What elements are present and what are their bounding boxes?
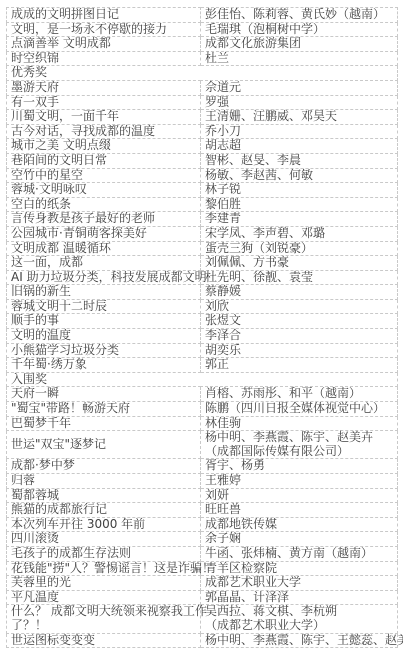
table-row: "蜀宝"带路！畅游天府 陈鹏（四川日报全媒体视觉中心）	[7, 402, 398, 417]
table-row: 归蓉 王雅婷	[7, 474, 398, 489]
work-title-cell: 世运"双宝"逐梦记	[7, 431, 201, 459]
table-row: 点滴善举 文明成都 成都文化旅游集团	[7, 37, 398, 52]
table-row: 文明的温度 李泽合	[7, 329, 398, 344]
author-cell: 旺旺兽	[201, 503, 398, 518]
work-title-cell: 这一面，成都	[7, 256, 201, 271]
table-row: 平凡温度 郭晶晶、计泽泽	[7, 590, 398, 605]
work-title-cell: "蜀宝"带路！畅游天府	[7, 402, 201, 417]
table-row: 成都·梦中梦 胥宇、杨勇	[7, 459, 398, 474]
author-cell: 青羊区检察院	[201, 561, 398, 576]
author-cell: 彭佳怡、陈莉蓉、黄氏妙（越南）	[201, 8, 398, 23]
author-cell: 刘欣	[201, 299, 398, 314]
work-title-cell: 千年蜀·绣万象	[7, 358, 201, 373]
work-title-cell: 世运图标变变变	[7, 633, 201, 648]
award-tier-cell: 入围奖	[7, 372, 398, 387]
author-cell: 杨中明、李燕霞、陈宇、赵美卉 （成都国际传媒有限公司）	[201, 431, 398, 459]
table-row: 小熊猫学习垃圾分类 胡奕乐	[7, 343, 398, 358]
author-cell: 成都地铁传媒	[201, 517, 398, 532]
work-title-cell: 时空织锦	[7, 51, 201, 66]
author-cell: 肖榕、苏雨彤、和平（越南）	[201, 387, 398, 402]
author-cell: 郭晶晶、计泽泽	[201, 590, 398, 605]
author-cell: 罗强	[201, 95, 398, 110]
author-cell: 杜兰	[201, 51, 398, 66]
table-row: 千年蜀·绣万象 郭正	[7, 358, 398, 373]
section-row: 优秀奖	[7, 66, 398, 81]
author-cell: 杜先明、徐靓、袁莹	[201, 270, 398, 285]
work-title-cell: 文明的温度	[7, 329, 201, 344]
author-cell: 黎伯胜	[201, 197, 398, 212]
work-title-cell: 言传身教是孩子最好的老师	[7, 212, 201, 227]
work-title-cell: 四川滚烫	[7, 532, 201, 547]
table-row: 世运"双宝"逐梦记 杨中明、李燕霞、陈宇、赵美卉 （成都国际传媒有限公司）	[7, 431, 398, 459]
table-row: 这一面，成都 刘佩佩、方书豪	[7, 256, 398, 271]
work-title-cell: 芙蓉里的光	[7, 576, 201, 591]
table-row: 旧锅的新生 蔡静媛	[7, 285, 398, 300]
work-title-cell: 熊猫的成都旅行记	[7, 503, 201, 518]
table-row: 巴蜀梦千年 林佳驹	[7, 416, 398, 431]
author-cell: 余子娴	[201, 532, 398, 547]
work-title-cell: 城市之美 文明点缀	[7, 139, 201, 154]
table-row: 蓉城文明十二时辰 刘欣	[7, 299, 398, 314]
author-cell: 成都文化旅游集团	[201, 37, 398, 52]
work-title-cell: 本次列车开往 3000 年前	[7, 517, 201, 532]
work-title-cell: 空白的纸条	[7, 197, 201, 212]
author-cell: 宋学凤、李声碧、邓璐	[201, 226, 398, 241]
work-title-cell: 蓉城文明十二时辰	[7, 299, 201, 314]
table-row: 世运图标变变变 杨中明、李燕霞、陈宇、王懿蕊、赵美	[7, 633, 398, 648]
work-title-cell: AI 助力垃圾分类，科技发展成都文明	[7, 270, 201, 285]
table-row: 有一双手 罗强	[7, 95, 398, 110]
work-title-cell: 平凡温度	[7, 590, 201, 605]
author-cell: 刘佩佩、方书豪	[201, 256, 398, 271]
work-title-cell: 毛孩子的成都生存法则	[7, 546, 201, 561]
work-title-cell: 空竹中的星空	[7, 168, 201, 183]
table-row: 空白的纸条 黎伯胜	[7, 197, 398, 212]
author-cell: 成都艺术职业大学	[201, 576, 398, 591]
awards-table-body: 成成的文明拼图日记 彭佳怡、陈莉蓉、黄氏妙（越南） 文明，是一场永不停歇的接力 …	[7, 8, 398, 648]
author-cell: 乔小刀	[201, 124, 398, 139]
awards-table-screen: 成成的文明拼图日记 彭佳怡、陈莉蓉、黄氏妙（越南） 文明，是一场永不停歇的接力 …	[0, 0, 403, 652]
work-title-cell: 天府一瞬	[7, 387, 201, 402]
author-cell: 李建青	[201, 212, 398, 227]
author-cell: 吴西拉、蒋文棋、李杭朔 （成都艺术职业大学）	[201, 605, 398, 633]
author-cell: 智彬、赵旻、李晨	[201, 153, 398, 168]
work-title-cell: 墨游天府	[7, 80, 201, 95]
author-cell: 毛瑞琪（泡桐树中学）	[201, 22, 398, 37]
table-row: 芙蓉里的光 成都艺术职业大学	[7, 576, 398, 591]
author-cell: 杨中明、李燕霞、陈宇、王懿蕊、赵美	[201, 633, 398, 648]
table-row: 空竹中的星空 杨敏、李赵茜、何敏	[7, 168, 398, 183]
table-row: 顺手的事 张煜文	[7, 314, 398, 329]
author-cell: 刘妍	[201, 488, 398, 503]
table-row: 蓉城·文明咏叹 林子锐	[7, 183, 398, 198]
author-cell: 王清姗、汪鹏威、邓昊天	[201, 110, 398, 125]
section-row: 入围奖	[7, 372, 398, 387]
author-cell: 李泽合	[201, 329, 398, 344]
author-cell: 蔡静媛	[201, 285, 398, 300]
author-cell: 王雅婷	[201, 474, 398, 489]
work-title-cell: 文明，是一场永不停歇的接力	[7, 22, 201, 37]
work-title-cell: 什么？ 成都文明大统领来视察我工作 了？！	[7, 605, 201, 633]
author-cell: 牛函、张炜楠、黄方南（越南）	[201, 546, 398, 561]
table-row: AI 助力垃圾分类，科技发展成都文明 杜先明、徐靓、袁莹	[7, 270, 398, 285]
author-cell: 蛋壳三狗（刘锐豪）	[201, 241, 398, 256]
work-title-cell: 蜀都蓉城	[7, 488, 201, 503]
work-title-cell: 归蓉	[7, 474, 201, 489]
work-title-cell: 古今对话，寻找成都的温度	[7, 124, 201, 139]
award-tier-cell: 优秀奖	[7, 66, 398, 81]
table-row: 四川滚烫 余子娴	[7, 532, 398, 547]
author-cell: 陈鹏（四川日报全媒体视觉中心）	[201, 402, 398, 417]
table-row: 花钱能"捞"人？警惕谣言！这是诈骗！ 青羊区检察院	[7, 561, 398, 576]
author-cell: 林子锐	[201, 183, 398, 198]
work-title-cell: 旧锅的新生	[7, 285, 201, 300]
author-cell: 郭正	[201, 358, 398, 373]
work-title-cell: 花钱能"捞"人？警惕谣言！这是诈骗！	[7, 561, 201, 576]
table-row: 川蜀文明，一面千年 王清姗、汪鹏威、邓昊天	[7, 110, 398, 125]
work-title-cell: 巴蜀梦千年	[7, 416, 201, 431]
author-cell: 胡奕乐	[201, 343, 398, 358]
work-title-cell: 小熊猫学习垃圾分类	[7, 343, 201, 358]
work-title-cell: 蓉城·文明咏叹	[7, 183, 201, 198]
author-cell: 胥宇、杨勇	[201, 459, 398, 474]
author-cell: 胡志超	[201, 139, 398, 154]
work-title-cell: 成都·梦中梦	[7, 459, 201, 474]
table-row: 毛孩子的成都生存法则 牛函、张炜楠、黄方南（越南）	[7, 546, 398, 561]
table-row: 巷陌间的文明日常 智彬、赵旻、李晨	[7, 153, 398, 168]
table-row: 文明成都 温暖循环 蛋壳三狗（刘锐豪）	[7, 241, 398, 256]
work-title-cell: 有一双手	[7, 95, 201, 110]
author-cell: 杨敏、李赵茜、何敏	[201, 168, 398, 183]
work-title-cell: 文明成都 温暖循环	[7, 241, 201, 256]
awards-table: 成成的文明拼图日记 彭佳怡、陈莉蓉、黄氏妙（越南） 文明，是一场永不停歇的接力 …	[6, 7, 398, 648]
author-cell: 张煜文	[201, 314, 398, 329]
table-row: 墨游天府 佘道元	[7, 80, 398, 95]
work-title-cell: 公园城市·青铜萌客探美好	[7, 226, 201, 241]
work-title-cell: 巷陌间的文明日常	[7, 153, 201, 168]
work-title-cell: 顺手的事	[7, 314, 201, 329]
work-title-cell: 成成的文明拼图日记	[7, 8, 201, 23]
table-row: 古今对话，寻找成都的温度 乔小刀	[7, 124, 398, 139]
author-cell: 林佳驹	[201, 416, 398, 431]
work-title-cell: 川蜀文明，一面千年	[7, 110, 201, 125]
table-row: 什么？ 成都文明大统领来视察我工作 了？！ 吴西拉、蒋文棋、李杭朔 （成都艺术职…	[7, 605, 398, 633]
table-row: 文明，是一场永不停歇的接力 毛瑞琪（泡桐树中学）	[7, 22, 398, 37]
table-row: 本次列车开往 3000 年前 成都地铁传媒	[7, 517, 398, 532]
author-cell: 佘道元	[201, 80, 398, 95]
table-row: 公园城市·青铜萌客探美好 宋学凤、李声碧、邓璐	[7, 226, 398, 241]
table-row: 成成的文明拼图日记 彭佳怡、陈莉蓉、黄氏妙（越南）	[7, 8, 398, 23]
table-row: 言传身教是孩子最好的老师 李建青	[7, 212, 398, 227]
table-row: 蜀都蓉城 刘妍	[7, 488, 398, 503]
table-row: 熊猫的成都旅行记 旺旺兽	[7, 503, 398, 518]
table-row: 天府一瞬 肖榕、苏雨彤、和平（越南）	[7, 387, 398, 402]
table-row: 时空织锦 杜兰	[7, 51, 398, 66]
table-row: 城市之美 文明点缀 胡志超	[7, 139, 398, 154]
work-title-cell: 点滴善举 文明成都	[7, 37, 201, 52]
